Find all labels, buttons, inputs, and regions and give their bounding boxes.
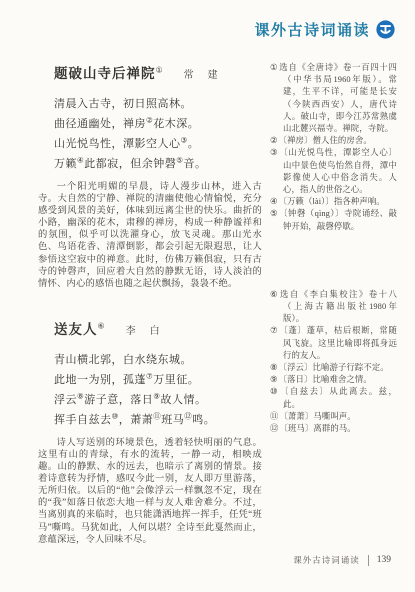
poem-section-2: 送友人⑥ 李 白 青山横北郭，白水绕东城。此地一为别，孤蓬⑦万里征。浮云⑧游子意… bbox=[38, 318, 262, 546]
annotation-number: ⑦ bbox=[270, 326, 278, 335]
annotation-text: 选自《李白集校注》卷十八（上海古籍出版社1980年版）。 bbox=[280, 290, 397, 323]
annotation-item: ②〔禅房〕僧人住的房舍。 bbox=[270, 135, 397, 147]
page-header: 课外古诗词诵读 bbox=[38, 18, 395, 40]
poem-line: 青山横北郭，白水绕东城。 bbox=[54, 350, 262, 370]
footnote-ref: ⑨ bbox=[153, 391, 160, 400]
poem-2-commentary: 诗人写送别的环境景色，透着轻快明丽的气息。这里有山的青绿，有水的流转，一静一动，… bbox=[38, 437, 262, 546]
annotation-number: ⑤ bbox=[270, 209, 278, 218]
annotation-text: 〔浮云〕比喻游子行踪不定。 bbox=[279, 363, 389, 372]
poem-1-title-text: 题破山寺后禅院 bbox=[54, 66, 156, 81]
page-content: 题破山寺后禅院① 常 建 清晨入古寺，初日照高林。曲径通幽处，禅房②花木深。山光… bbox=[38, 48, 395, 546]
annotation-number: ⑥ bbox=[270, 290, 279, 299]
footnote-ref: ⑥ bbox=[98, 321, 106, 330]
annotation-number: ⑫ bbox=[270, 424, 278, 433]
poem-line: 浮云⑧游子意，落日⑨故人情。 bbox=[54, 390, 262, 410]
annotation-text: 选自《全唐诗》卷一百四十四（中华书局1960年版）。常建，生平不详，可能是长安（… bbox=[279, 63, 397, 133]
annotation-item: ⑦〔蓬〕蓬草，枯后根断，常随风飞旋。这里比喻即将孤身远行的友人。 bbox=[270, 325, 397, 362]
annotation-text: 〔钟磬（qìng）〕寺院诵经、敲钟开始，敲磬停歇。 bbox=[279, 209, 397, 230]
annotation-item: ⑥选自《李白集校注》卷十八（上海古籍出版社1980年版）。 bbox=[270, 289, 397, 326]
poem-2-title: 送友人⑥ bbox=[54, 318, 106, 338]
annotation-text: 〔万籁（lài）〕指各种声响。 bbox=[279, 197, 385, 206]
annotation-list: ①选自《全唐诗》卷一百四十四（中华书局1960年版）。常建，生平不详，可能是长安… bbox=[270, 62, 397, 435]
footnote-ref: ① bbox=[156, 66, 164, 75]
anchor-icon bbox=[376, 20, 395, 39]
poem-line: 山光悦鸟性，潭影空人心③。 bbox=[54, 134, 262, 154]
footer-section-title: 课外古诗词诵读 bbox=[293, 554, 360, 566]
annotation-text: 〔山光悦鸟性，潭影空人心〕山中景色使鸟怡然自得，潭中影像使人心中俗念消失。人心，… bbox=[279, 148, 397, 194]
annotation-item: ⑪〔萧萧〕马嘶叫声。 bbox=[270, 411, 397, 423]
annotation-number: ⑪ bbox=[270, 412, 278, 421]
annotation-text: 〔班马〕离群的马。 bbox=[279, 424, 355, 433]
annotation-item: ①选自《全唐诗》卷一百四十四（中华书局1960年版）。常建，生平不详，可能是长安… bbox=[270, 62, 397, 135]
poem-1-body: 清晨入古寺，初日照高林。曲径通幽处，禅房②花木深。山光悦鸟性，潭影空人心③。万籁… bbox=[38, 94, 262, 174]
footnote-ref: ⑩ bbox=[112, 411, 119, 420]
poem-line: 此地一为别，孤蓬⑦万里征。 bbox=[54, 370, 262, 390]
annotation-text: 〔落日〕比喻难舍之情。 bbox=[279, 375, 372, 384]
annotation-number: ⑧ bbox=[270, 363, 278, 372]
annotation-number: ③ bbox=[270, 148, 278, 157]
unit-title: 课外古诗词诵读 bbox=[254, 19, 370, 40]
annotation-number: ① bbox=[270, 63, 278, 72]
poem-line: 挥手自兹去⑩，萧萧⑪班马⑫鸣。 bbox=[54, 410, 262, 430]
annotation-text: 〔自兹去〕从此离去。兹，此。 bbox=[280, 387, 397, 408]
annotation-number: ② bbox=[270, 136, 278, 145]
annotation-item: ⑤〔钟磬（qìng）〕寺院诵经、敲钟开始，敲磬停歇。 bbox=[270, 208, 397, 232]
poem-1-commentary: 一个阳光明媚的早晨，诗人漫步山林，进入古寺。大自然的宁静、禅院的清幽使他心情愉悦… bbox=[38, 181, 262, 290]
footnote-ref: ⑫ bbox=[184, 411, 192, 420]
poem-2-head: 送友人⑥ 李 白 bbox=[38, 318, 262, 338]
annotation-item: ⑧〔浮云〕比喻游子行踪不定。 bbox=[270, 362, 397, 374]
annotations-column: ①选自《全唐诗》卷一百四十四（中华书局1960年版）。常建，生平不详，可能是长安… bbox=[270, 48, 397, 435]
poem-1-title: 题破山寺后禅院① bbox=[54, 62, 164, 82]
poem-2-author: 李 白 bbox=[126, 322, 162, 337]
textbook-page: 课外古诗词诵读 题破山寺后禅院① 常 建 清晨入古寺，初日照高林。曲径通幽处，禅… bbox=[0, 0, 415, 592]
footnote-ref: ⑪ bbox=[153, 411, 161, 420]
annotation-item: ⑫〔班马〕离群的马。 bbox=[270, 423, 397, 435]
page-footer: 课外古诗词诵读 139 bbox=[293, 554, 391, 566]
annotation-item: ⑩〔自兹去〕从此离去。兹，此。 bbox=[270, 386, 397, 410]
footer-page-number: 139 bbox=[377, 555, 391, 565]
footnote-ref: ③ bbox=[181, 135, 188, 144]
annotation-text: 〔禅房〕僧人住的房舍。 bbox=[279, 136, 372, 145]
footnote-ref: ④ bbox=[77, 155, 84, 164]
poem-2-body: 青山横北郭，白水绕东城。此地一为别，孤蓬⑦万里征。浮云⑧游子意，落日⑨故人情。挥… bbox=[38, 350, 262, 430]
footnote-ref: ⑦ bbox=[146, 371, 153, 380]
annotation-text: 〔蓬〕蓬草，枯后根断，常随风飞旋。这里比喻即将孤身远行的友人。 bbox=[279, 326, 397, 359]
footnote-ref: ② bbox=[146, 115, 153, 124]
poem-section-1: 题破山寺后禅院① 常 建 清晨入古寺，初日照高林。曲径通幽处，禅房②花木深。山光… bbox=[38, 62, 262, 290]
poem-line: 万籁④此都寂，但余钟磬⑤音。 bbox=[54, 154, 262, 174]
footnote-ref: ⑤ bbox=[176, 155, 183, 164]
annotation-text: 〔萧萧〕马嘶叫声。 bbox=[279, 412, 355, 421]
main-column: 题破山寺后禅院① 常 建 清晨入古寺，初日照高林。曲径通幽处，禅房②花木深。山光… bbox=[38, 48, 262, 546]
annotation-number: ⑩ bbox=[270, 387, 279, 396]
footer-divider bbox=[368, 555, 369, 566]
poem-line: 清晨入古寺，初日照高林。 bbox=[54, 94, 262, 114]
poem-line: 曲径通幽处，禅房②花木深。 bbox=[54, 114, 262, 134]
annotation-number: ④ bbox=[270, 197, 278, 206]
poem-1-head: 题破山寺后禅院① 常 建 bbox=[38, 62, 262, 82]
poem-1-author: 常 建 bbox=[184, 66, 220, 81]
annotation-item: ⑨〔落日〕比喻难舍之情。 bbox=[270, 374, 397, 386]
annotation-number: ⑨ bbox=[270, 375, 278, 384]
poem-2-title-text: 送友人 bbox=[54, 322, 98, 337]
annotation-item: ③〔山光悦鸟性，潭影空人心〕山中景色使鸟怡然自得，潭中影像使人心中俗念消失。人心… bbox=[270, 147, 397, 196]
annotation-item: ④〔万籁（lài）〕指各种声响。 bbox=[270, 196, 397, 208]
footnote-ref: ⑧ bbox=[77, 391, 84, 400]
